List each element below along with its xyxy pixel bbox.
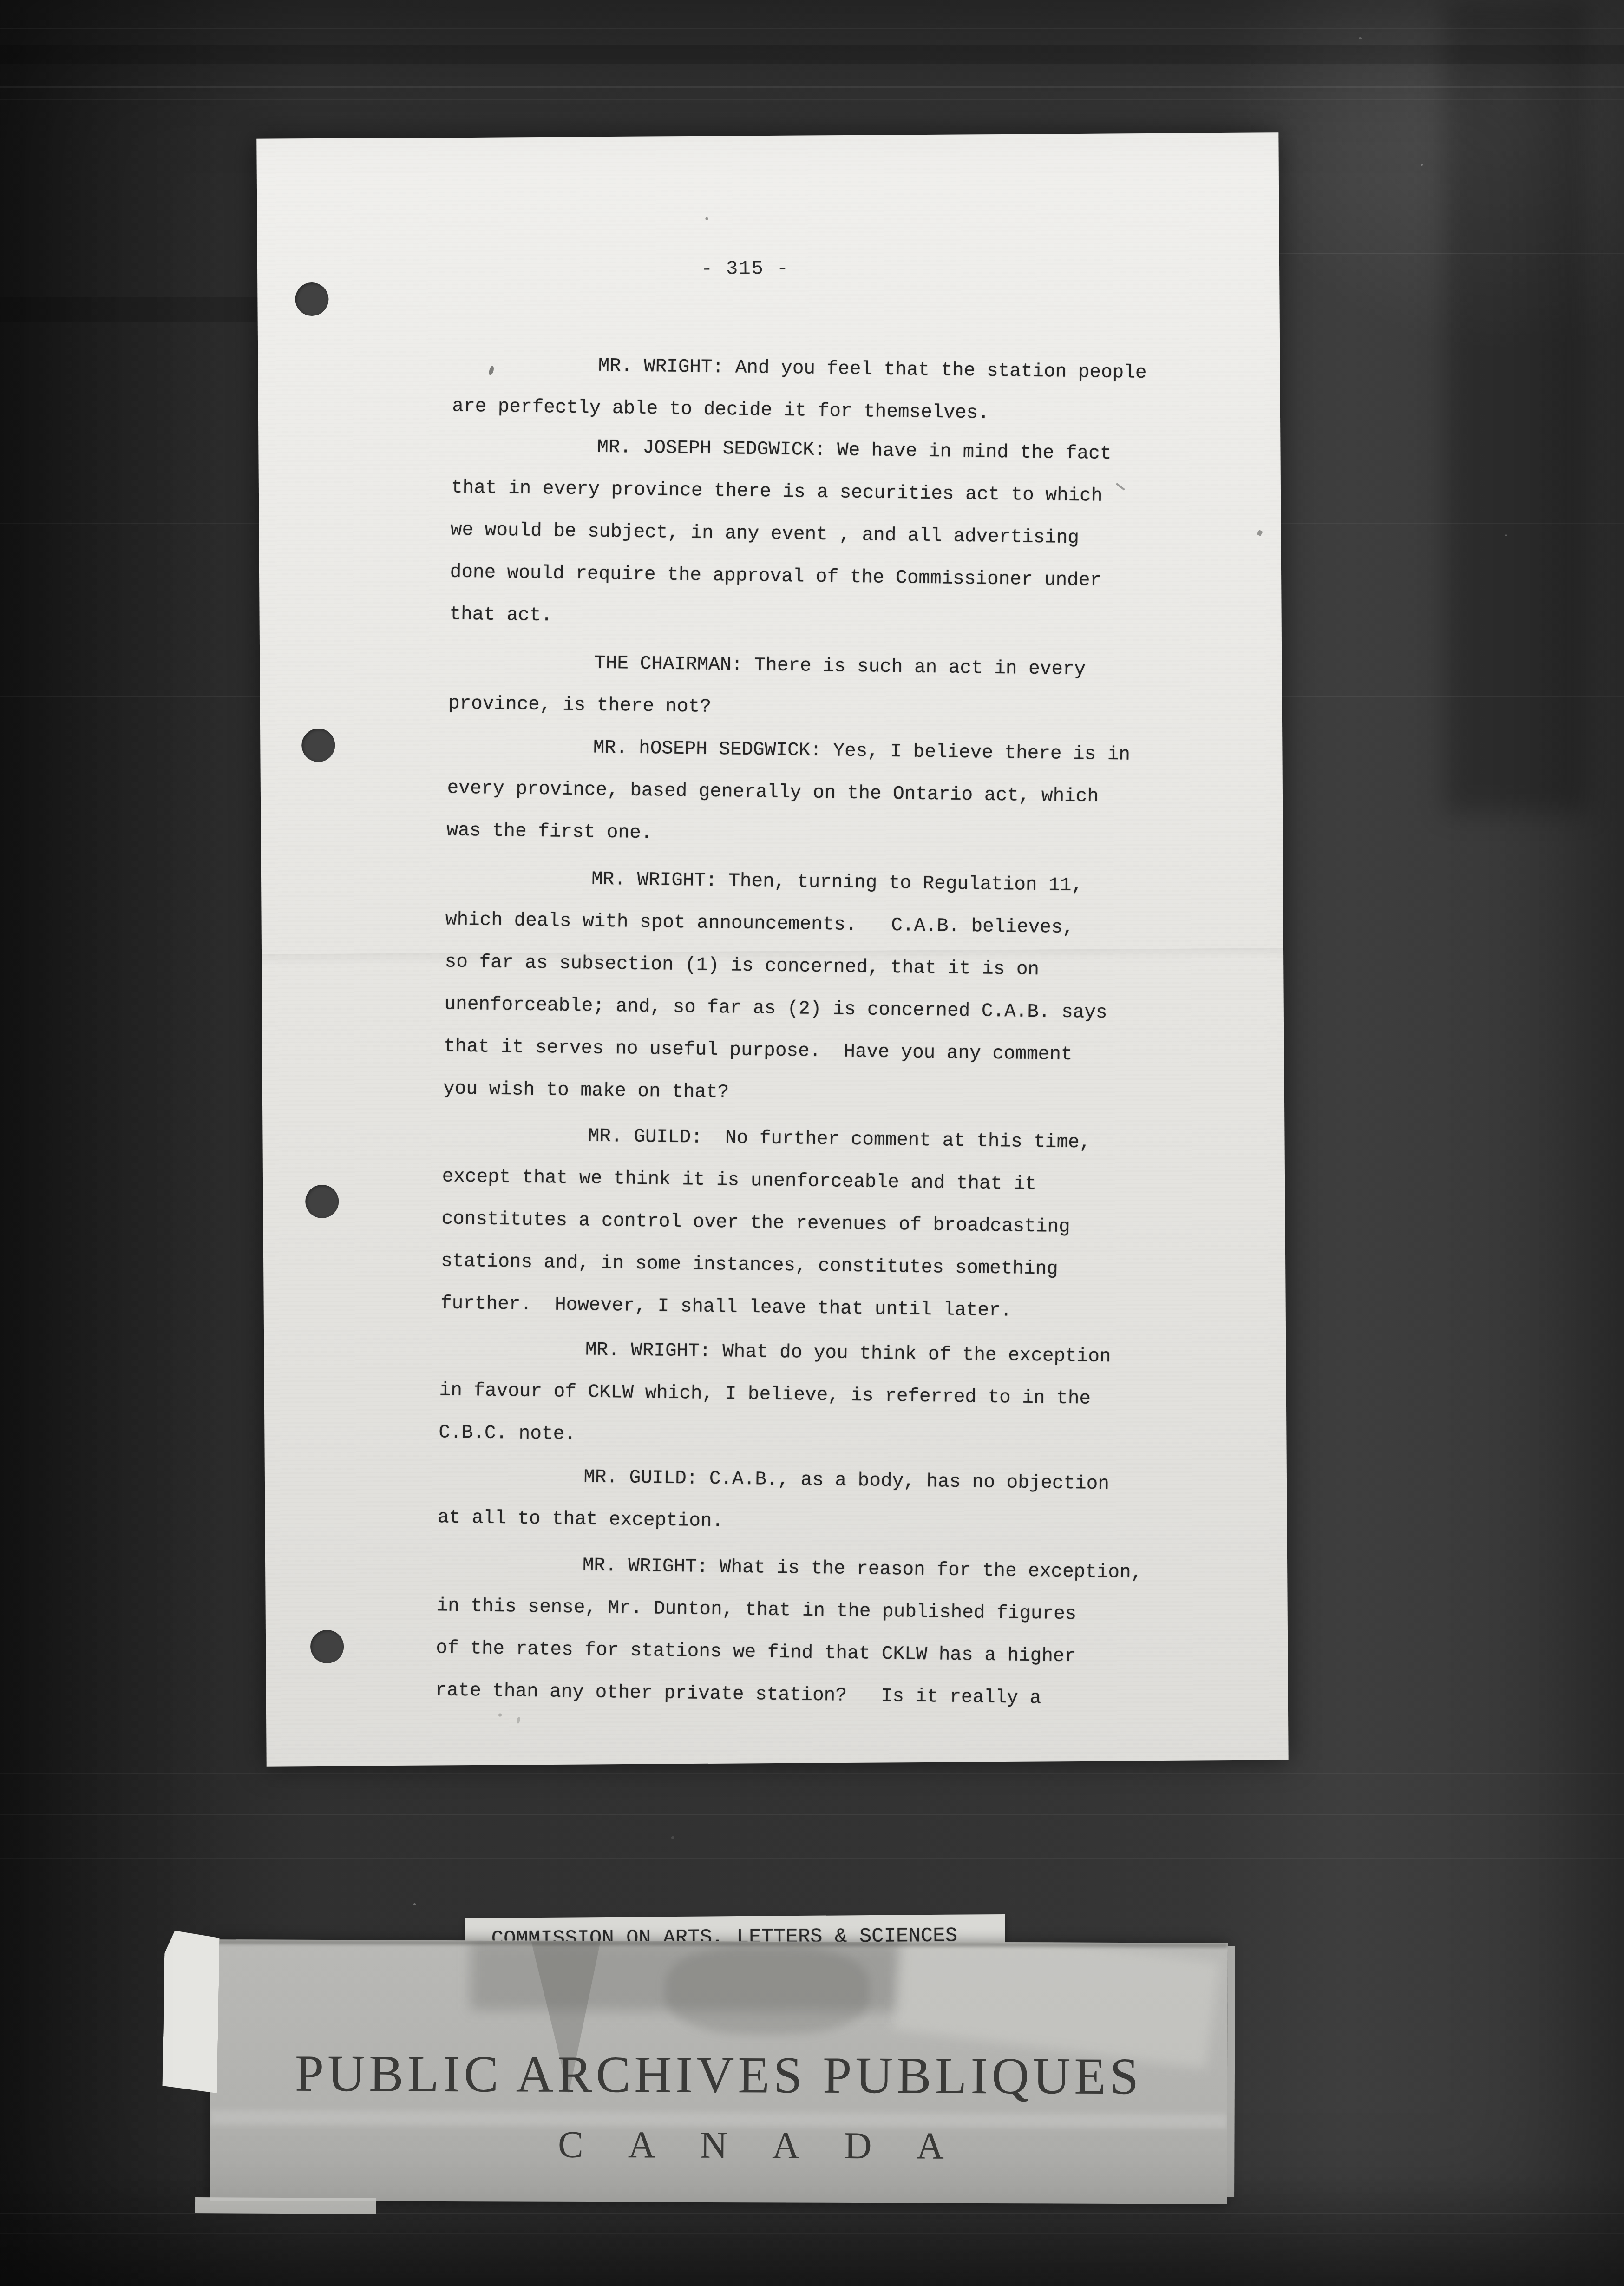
- film-streak: [0, 99, 1624, 100]
- card-subtitle: C A N A D A: [251, 2122, 1228, 2169]
- stain: [665, 1946, 870, 2035]
- paragraph: MR. WRIGHT: What do you think of the exc…: [439, 1327, 1192, 1464]
- film-streak: [0, 1773, 1624, 1774]
- film-streak: [0, 297, 260, 322]
- card-title: PUBLIC ARCHIVES PUBLIQUES: [210, 2043, 1227, 2107]
- archives-stamp-card: PUBLIC ARCHIVES PUBLIQUES C A N A D A: [210, 1939, 1228, 2204]
- paragraph: MR. JOSEPH SEDGWICK: We have in mind the…: [449, 425, 1205, 646]
- archival-photo: - 315 - MR. WRIGHT: And you feel that th…: [0, 0, 1624, 2286]
- dust-speck: [1421, 164, 1423, 166]
- document-page: - 315 - MR. WRIGHT: And you feel that th…: [256, 132, 1288, 1766]
- dust-speck: [671, 1836, 674, 1839]
- paragraph: MR. WRIGHT: And you feel that the statio…: [452, 343, 1205, 438]
- film-streak: [0, 1814, 1624, 1815]
- paragraph: MR. WRIGHT: Then, turning to Regulation …: [443, 856, 1199, 1120]
- film-streak: [0, 2233, 1624, 2234]
- film-streak: [0, 45, 1624, 64]
- tape-fragment: [1227, 1946, 1235, 2197]
- ink-speck: [498, 1714, 502, 1717]
- transcript-text: MR. WRIGHT: And you feel that the statio…: [249, 132, 1293, 1773]
- film-streak: [0, 28, 1624, 29]
- dust-speck: [1505, 534, 1507, 536]
- paragraph: MR. hOSEPH SEDGWICK: Yes, I believe ther…: [446, 725, 1200, 862]
- tape-fragment: [162, 1931, 220, 2093]
- tape-fragment: [195, 2197, 376, 2214]
- paragraph: MR. GUILD: No further comment at this ti…: [440, 1113, 1196, 1334]
- film-streak: [0, 1858, 1624, 1859]
- stain: [470, 1940, 898, 2011]
- photo-dark-band: [1445, 0, 1589, 813]
- paragraph: MR. GUILD: C.A.B., as a body, has no obj…: [437, 1454, 1191, 1549]
- film-streak: [0, 2253, 1624, 2253]
- paragraph: THE CHAIRMAN: There is such an act in ev…: [448, 641, 1201, 735]
- film-streak: [0, 86, 1624, 88]
- dust-speck: [413, 1903, 416, 1905]
- paragraph: MR. WRIGHT: What is the reason for the e…: [435, 1543, 1190, 1721]
- ink-speck: [705, 217, 708, 220]
- dust-speck: [1359, 37, 1362, 39]
